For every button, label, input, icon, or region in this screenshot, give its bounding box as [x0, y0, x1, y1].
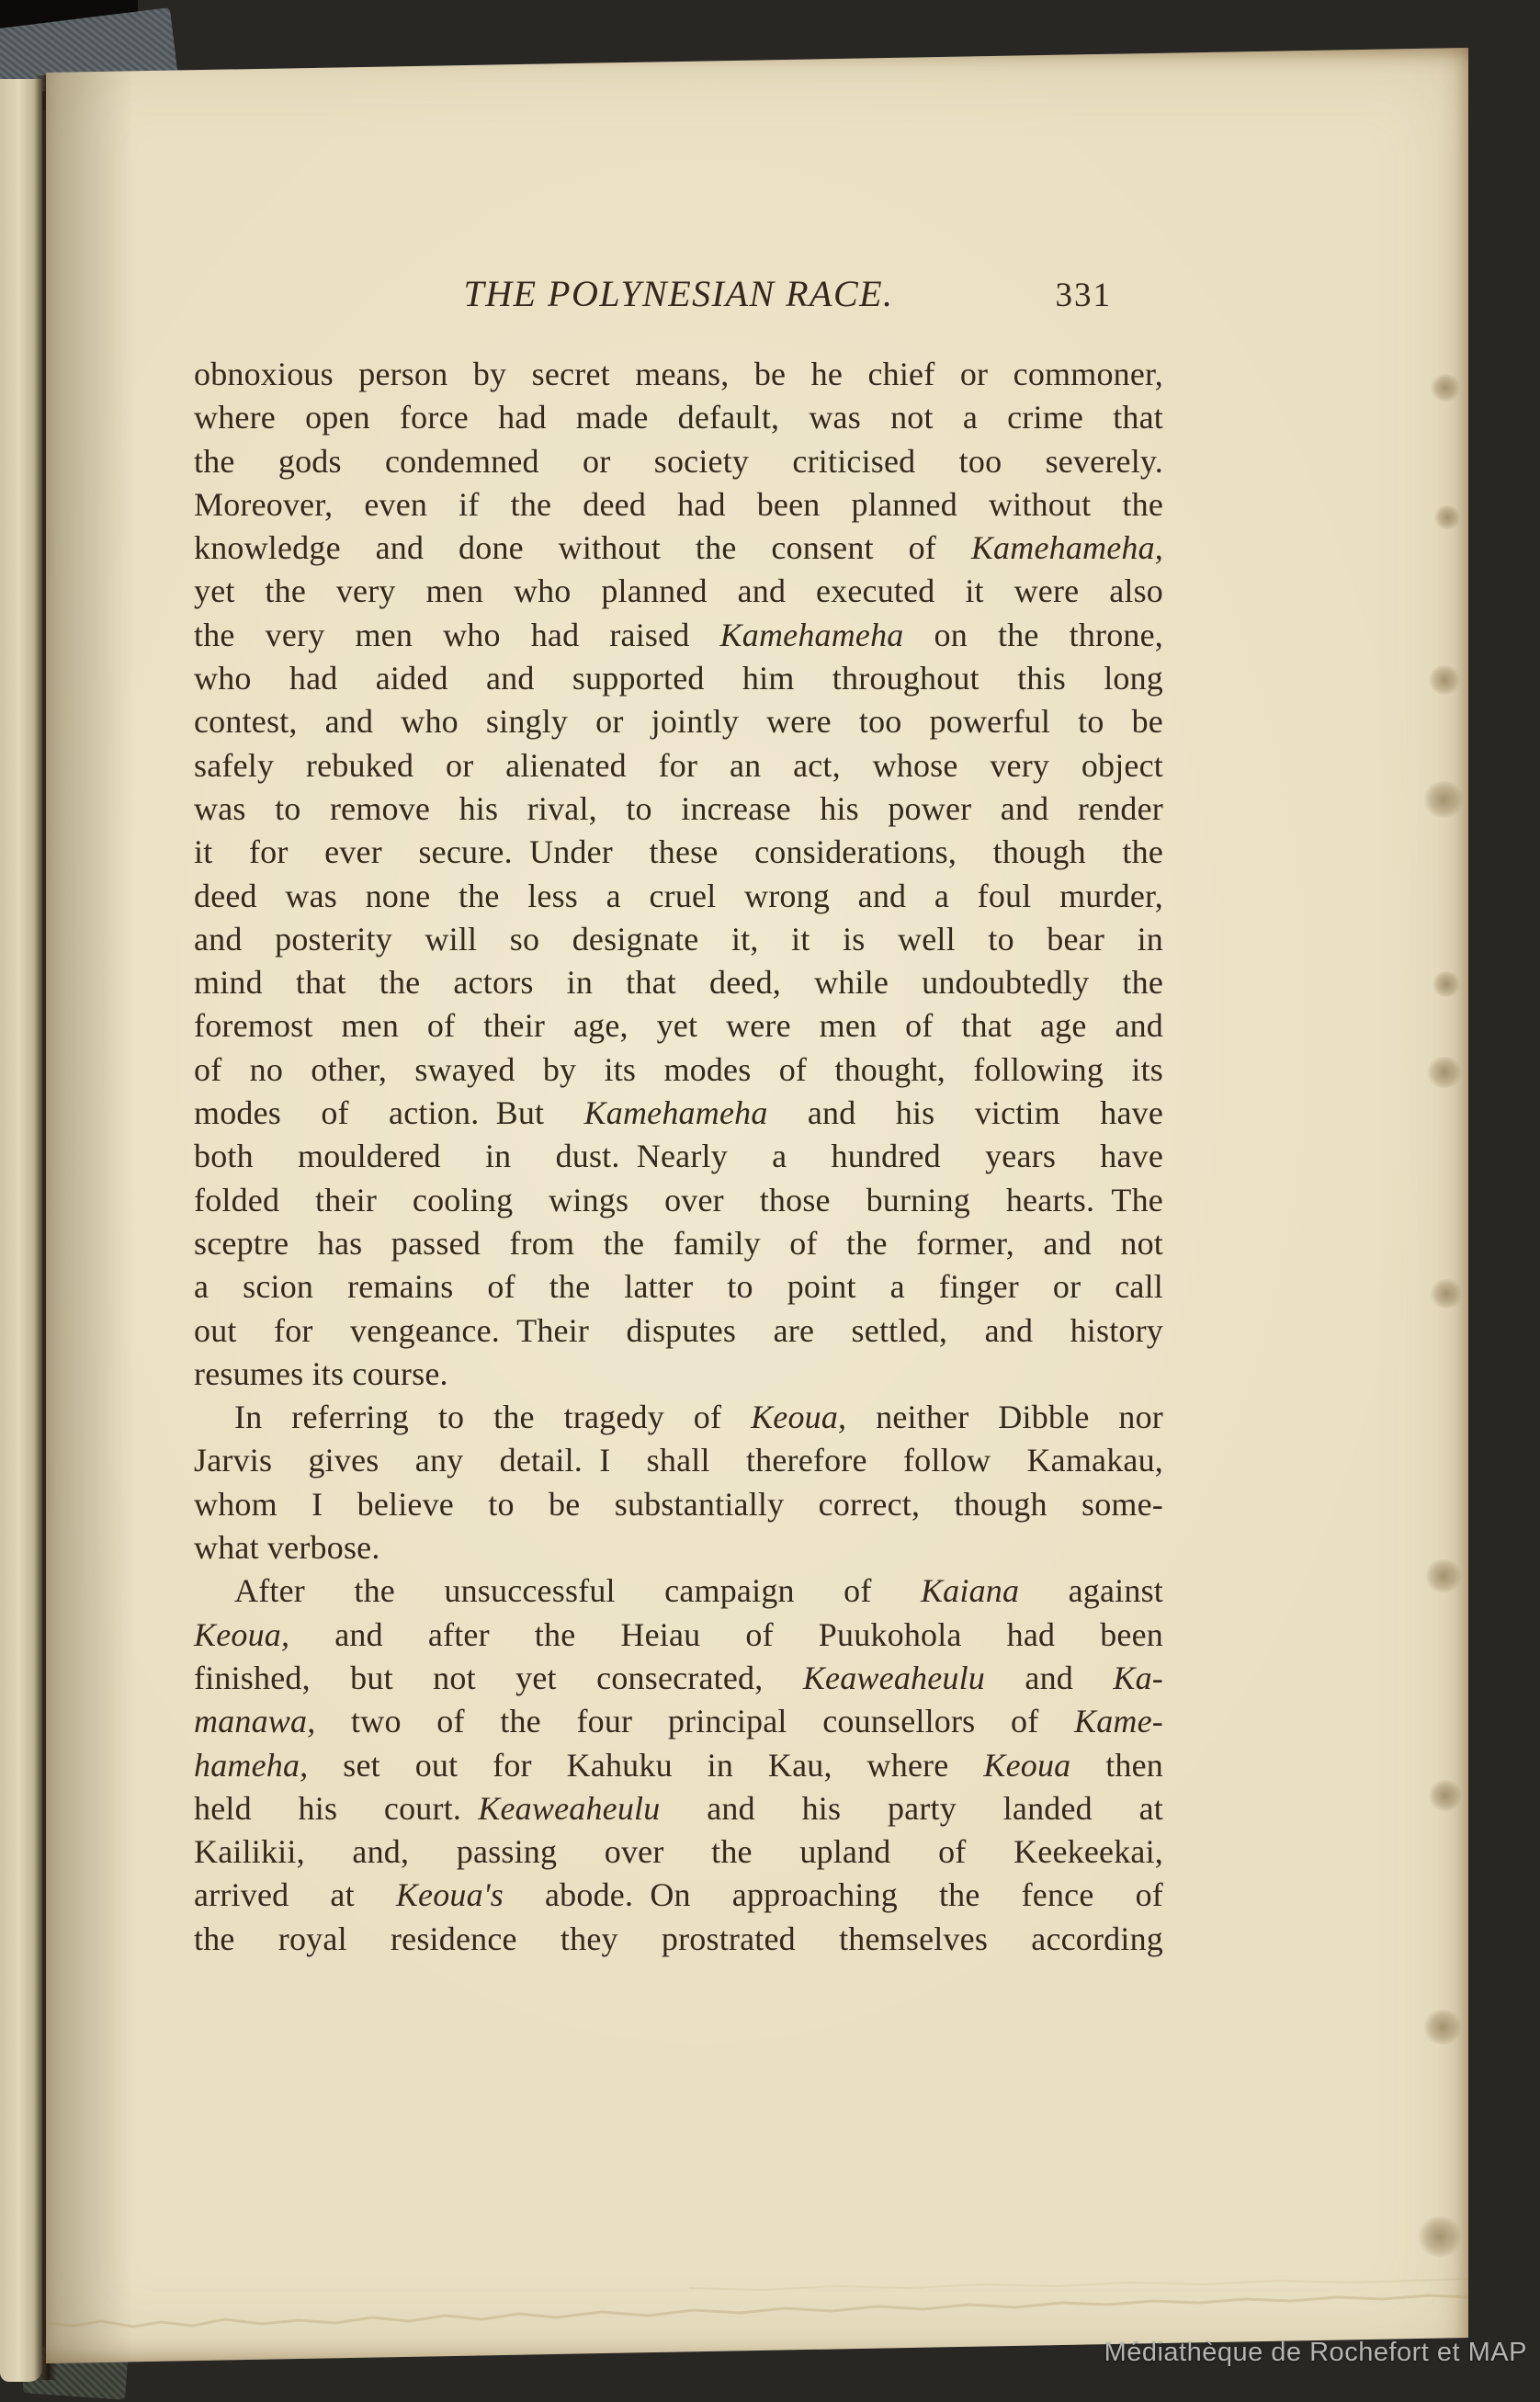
text-line: folded their cooling wings over those bu…: [194, 1179, 1163, 1222]
archive-watermark: Médiathèque de Rochefort et MAP: [1104, 2338, 1527, 2368]
text-segment: held his court.: [194, 1790, 478, 1827]
text-segment: Moreover, even if the deed had been plan…: [194, 486, 1163, 523]
italic-text-segment: Keoua,: [751, 1399, 846, 1435]
italic-text-segment: Keoua: [983, 1747, 1070, 1784]
text-segment: contest, and who singly or jointly were …: [194, 703, 1163, 740]
page-number: 331: [1056, 274, 1113, 318]
stain: [1426, 1057, 1463, 1088]
text-segment: modes of action. But: [194, 1094, 584, 1131]
text-line: Keoua, and after the Heiau of Puukohola …: [194, 1614, 1163, 1657]
italic-text-segment: manawa,: [194, 1703, 315, 1739]
page-header: THE POLYNESIAN RACE. 331: [194, 271, 1163, 319]
stain: [1430, 374, 1461, 402]
text-segment: two of the four principal counsellors of: [315, 1703, 1074, 1739]
text-segment: obnoxious person by secret means, be he …: [194, 356, 1163, 392]
text-segment: resumes its course.: [194, 1355, 448, 1392]
italic-text-segment: Kamehameha: [584, 1094, 768, 1131]
text-segment: finished, but not yet consecrated,: [194, 1660, 803, 1696]
text-line: sceptre has passed from the family of th…: [194, 1222, 1163, 1265]
text-line: hameha, set out for Kahuku in Kau, where…: [194, 1744, 1163, 1787]
text-line: out for vengeance. Their disputes are se…: [194, 1309, 1163, 1353]
text-line: finished, but not yet consecrated, Keawe…: [194, 1657, 1163, 1700]
text-segment: and: [985, 1660, 1113, 1696]
text-segment: deed was none the less a cruel wrong and…: [194, 878, 1163, 914]
text-segment: mind that the actors in that deed, while…: [194, 964, 1163, 1001]
italic-text-segment: Keoua's: [396, 1876, 504, 1913]
text-line: mind that the actors in that deed, while…: [194, 961, 1163, 1004]
text-segment: Kailikii, and, passing over the upland o…: [194, 1833, 1163, 1870]
text-segment: it for ever secure. Under these consider…: [194, 833, 1163, 870]
text-segment: then: [1070, 1747, 1163, 1784]
text-line: manawa, two of the four principal counse…: [194, 1700, 1163, 1743]
text-segment: foremost men of their age, yet were men …: [194, 1007, 1163, 1044]
italic-text-segment: hameha,: [194, 1747, 308, 1784]
stain: [1422, 781, 1465, 818]
italic-text-segment: Kame-: [1074, 1703, 1163, 1739]
italic-text-segment: Keaweaheulu: [803, 1660, 985, 1696]
stain: [1428, 1780, 1463, 1811]
text-segment: who had aided and supported him througho…: [194, 660, 1163, 697]
text-line: safely rebuked or alienated for an act, …: [194, 744, 1163, 787]
text-segment: In referring to the tragedy of: [234, 1399, 751, 1435]
text-segment: and his party landed at: [660, 1790, 1163, 1827]
stain: [1428, 665, 1461, 695]
text-segment: knowledge and done without the consent o…: [194, 529, 971, 566]
text-segment: safely rebuked or alienated for an act, …: [194, 747, 1163, 784]
text-line: obnoxious person by secret means, be he …: [194, 353, 1163, 396]
stain: [1422, 2010, 1463, 2045]
text-line: Moreover, even if the deed had been plan…: [194, 483, 1163, 527]
italic-text-segment: Keoua,: [194, 1616, 289, 1653]
italic-text-segment: Kaiana: [921, 1572, 1019, 1609]
text-line: yet the very men who planned and execute…: [194, 570, 1163, 613]
text-segment: of no other, swayed by its modes of thou…: [194, 1051, 1163, 1088]
text-line: the gods condemned or society criticised…: [194, 440, 1163, 483]
text-line: both mouldered in dust. Nearly a hundred…: [194, 1135, 1163, 1178]
text-segment: and posterity will so designate it, it i…: [194, 921, 1163, 957]
text-line: a scion remains of the latter to point a…: [194, 1265, 1163, 1309]
text-segment: folded their cooling wings over those bu…: [194, 1182, 1163, 1218]
stain: [1417, 2216, 1463, 2257]
text-line: resumes its course.: [194, 1353, 1163, 1396]
text-segment: against: [1019, 1572, 1163, 1609]
text-segment: out for vengeance. Their disputes are se…: [194, 1312, 1163, 1349]
text-segment: Jarvis gives any detail. I shall therefo…: [194, 1442, 1163, 1479]
text-line: arrived at Keoua's abode. On approaching…: [194, 1874, 1163, 1917]
text-line: of no other, swayed by its modes of thou…: [194, 1048, 1163, 1092]
text-block: obnoxious person by secret means, be he …: [194, 353, 1163, 1961]
text-segment: the royal residence they prostrated them…: [194, 1920, 1163, 1957]
text-segment: the gods condemned or society criticised…: [194, 443, 1163, 480]
text-line: whom I believe to be substantially corre…: [194, 1483, 1163, 1526]
text-segment: a scion remains of the latter to point a…: [194, 1268, 1163, 1305]
text-line: contest, and who singly or jointly were …: [194, 700, 1163, 743]
text-segment: yet the very men who planned and execute…: [194, 572, 1163, 609]
text-segment: and after the Heiau of Puukohola had bee…: [289, 1616, 1163, 1653]
italic-text-segment: Keaweaheulu: [478, 1790, 660, 1827]
text-segment: and his victim have: [768, 1094, 1163, 1131]
text-segment: both mouldered in dust. Nearly a hundred…: [194, 1138, 1163, 1174]
text-segment: where open force had made default, was n…: [194, 399, 1163, 436]
text-line: it for ever secure. Under these consider…: [194, 831, 1163, 874]
text-line: was to remove his rival, to increase his…: [194, 787, 1163, 831]
text-segment: After the unsuccessful campaign of: [234, 1572, 921, 1609]
stain: [1433, 505, 1461, 529]
text-line: the royal residence they prostrated them…: [194, 1918, 1163, 1961]
text-line: knowledge and done without the consent o…: [194, 527, 1163, 570]
text-line: held his court. Keaweaheulu and his part…: [194, 1787, 1163, 1830]
italic-text-segment: Ka-: [1113, 1660, 1163, 1696]
text-line: modes of action. But Kamehameha and his …: [194, 1092, 1163, 1135]
text-segment: whom I believe to be substantially corre…: [194, 1486, 1163, 1523]
text-segment: what verbose.: [194, 1529, 380, 1566]
text-segment: was to remove his rival, to increase his…: [194, 790, 1163, 827]
text-line: and posterity will so designate it, it i…: [194, 918, 1163, 961]
book-page: THE POLYNESIAN RACE. 331 obnoxious perso…: [46, 48, 1468, 2363]
text-segment: on the throne,: [904, 617, 1164, 653]
running-title: THE POLYNESIAN RACE.: [463, 271, 893, 317]
text-line: who had aided and supported him througho…: [194, 657, 1163, 700]
text-line: In referring to the tragedy of Keoua, ne…: [194, 1396, 1163, 1439]
stain: [1430, 1279, 1463, 1309]
stain: [1424, 1559, 1463, 1592]
text-segment: abode. On approaching the fence of: [504, 1876, 1163, 1913]
text-line: After the unsuccessful campaign of Kaian…: [194, 1569, 1163, 1613]
text-line: foremost men of their age, yet were men …: [194, 1004, 1163, 1048]
text-segment: the very men who had raised: [194, 617, 720, 653]
text-line: the very men who had raised Kamehameha o…: [194, 614, 1163, 657]
text-segment: set out for Kahuku in Kau, where: [308, 1747, 983, 1784]
text-line: Kailikii, and, passing over the upland o…: [194, 1830, 1163, 1874]
text-segment: sceptre has passed from the family of th…: [194, 1225, 1163, 1262]
text-segment: neither Dibble nor: [846, 1399, 1163, 1435]
italic-text-segment: Kamehameha: [720, 617, 904, 653]
text-segment: arrived at: [194, 1876, 396, 1913]
scan-background: THE POLYNESIAN RACE. 331 obnoxious perso…: [0, 0, 1540, 2402]
text-line: what verbose.: [194, 1526, 1163, 1569]
stain: [1432, 971, 1461, 997]
text-line: where open force had made default, was n…: [194, 396, 1163, 439]
text-line: deed was none the less a cruel wrong and…: [194, 875, 1163, 918]
text-line: Jarvis gives any detail. I shall therefo…: [194, 1439, 1163, 1482]
italic-text-segment: Kamehameha,: [971, 529, 1163, 566]
